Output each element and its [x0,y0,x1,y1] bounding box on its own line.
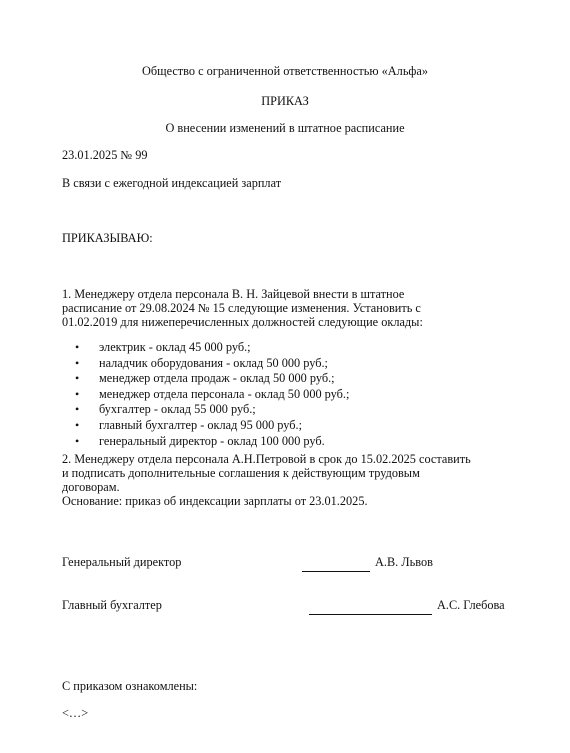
document-subject: О внесении изменений в штатное расписани… [0,121,570,135]
order-reason: В связи с ежегодной индексацией зарплат [62,176,281,190]
acknowledged-label: С приказом ознакомлены: [62,679,197,693]
salary-item: наладчик оборудования - оклад 50 000 руб… [99,356,349,372]
salary-item: генеральный директор - оклад 100 000 руб… [99,434,349,450]
salary-item: бухгалтер - оклад 55 000 руб.; [99,402,349,418]
salary-item: менеджер отдела персонала - оклад 50 000… [99,387,349,403]
salary-item: главный бухгалтер - оклад 95 000 руб.; [99,418,349,434]
signature-line [309,614,432,615]
salary-list: электрик - оклад 45 000 руб.; наладчик о… [62,340,349,449]
signature-position: Генеральный директор [62,555,181,569]
acknowledged-placeholder: <…> [62,706,88,720]
signature-line [302,571,370,572]
order-word: ПРИКАЗЫВАЮ: [62,231,153,245]
signature-name: А.В. Львов [375,555,433,569]
order-item-2: 2. Менеджеру отдела персонала А.Н.Петров… [62,452,472,494]
salary-item: менеджер отдела продаж - оклад 50 000 ру… [99,371,349,387]
document-type: ПРИКАЗ [0,94,570,108]
signature-name: А.С. Глебова [437,598,505,612]
salary-item: электрик - оклад 45 000 руб.; [99,340,349,356]
order-basis: Основание: приказ об индексации зарплаты… [62,494,368,508]
organization-name: Общество с ограниченной ответственностью… [0,64,570,78]
date-number: 23.01.2025 № 99 [62,148,148,162]
order-item-1: 1. Менеджеру отдела персонала В. Н. Зайц… [62,287,467,329]
signature-position: Главный бухгалтер [62,598,162,612]
